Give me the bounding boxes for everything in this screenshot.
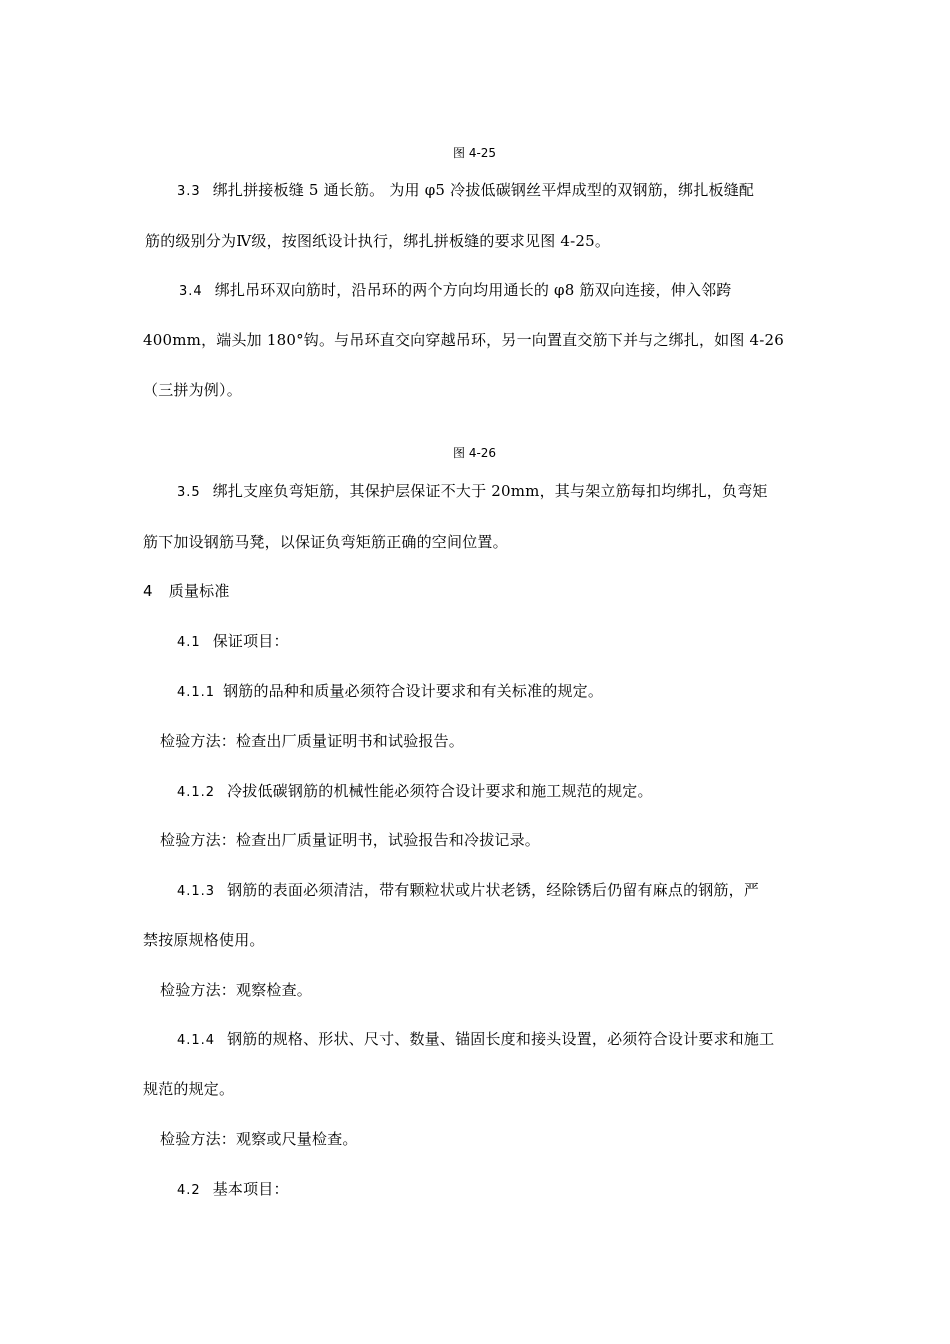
section-4-2-heading: 4.2基本项目：: [177, 1179, 289, 1201]
section-4-1-3-line-2: 禁按原规格使用。: [143, 930, 265, 950]
section-4-1-1-method: 检验方法：检查出厂质量证明书和试验报告。: [160, 731, 464, 751]
section-number: 4: [143, 582, 153, 600]
section-number: 4.1.1: [177, 685, 215, 700]
figure-caption-4-26: 图 4-26: [453, 445, 496, 461]
paragraph-text: 钢筋的品种和质量必须符合设计要求和有关标准的规定。: [223, 682, 603, 700]
section-number: 4.1.3: [177, 884, 215, 899]
paragraph-text: 冷拔低碳钢筋的机械性能必须符合设计要求和施工规范的规定。: [227, 782, 653, 800]
section-3-5-line-2: 筋下加设钢筋马凳，以保证负弯矩筋正确的空间位置。: [143, 532, 508, 552]
section-4-1-4-method: 检验方法：观察或尺量检查。: [160, 1129, 358, 1149]
figure-caption-4-25: 图 4-25: [453, 145, 496, 161]
section-title: 保证项目：: [213, 632, 289, 650]
section-3-3-line-2: 筋的级别分为Ⅳ级，按图纸设计执行，绑扎拼板缝的要求见图 4-25。: [145, 231, 610, 251]
section-title: 基本项目：: [213, 1180, 289, 1198]
section-4-1-3-line-1: 4.1.3钢筋的表面必须清洁，带有颗粒状或片状老锈，经除锈后仍留有麻点的钢筋，严: [177, 880, 759, 902]
section-number: 4.1: [177, 635, 201, 650]
paragraph-text: 绑扎吊环双向筋时，沿吊环的两个方向均用通长的 φ8 筋双向连接，伸入邻跨: [215, 281, 732, 299]
section-number: 4.1.2: [177, 785, 215, 800]
section-4-1-2-line-1: 4.1.2冷拔低碳钢筋的机械性能必须符合设计要求和施工规范的规定。: [177, 781, 653, 803]
section-3-3-line-1: 3.3绑扎拼接板缝 5 通长筋。 为用 φ5 冷拔低碳钢丝平焊成型的双钢筋，绑扎…: [177, 180, 754, 202]
section-number: 4.2: [177, 1183, 201, 1198]
paragraph-text: 绑扎支座负弯矩筋，其保护层保证不大于 20mm，其与架立筋每扣均绑扎，负弯矩: [213, 482, 768, 500]
section-3-4-line-3: （三拼为例）。: [143, 380, 242, 400]
section-number: 3.3: [177, 184, 201, 199]
section-number: 3.5: [177, 485, 201, 500]
document-page: 图 4-25 3.3绑扎拼接板缝 5 通长筋。 为用 φ5 冷拔低碳钢丝平焊成型…: [0, 0, 950, 1344]
section-number: 4.1.4: [177, 1033, 215, 1048]
paragraph-text: 绑扎拼接板缝 5 通长筋。 为用 φ5 冷拔低碳钢丝平焊成型的双钢筋，绑扎板缝配: [213, 181, 754, 199]
section-3-4-line-1: 3.4绑扎吊环双向筋时，沿吊环的两个方向均用通长的 φ8 筋双向连接，伸入邻跨: [179, 280, 731, 302]
section-4-1-2-method: 检验方法：检查出厂质量证明书，试验报告和冷拔记录。: [160, 830, 540, 850]
paragraph-text: 钢筋的表面必须清洁，带有颗粒状或片状老锈，经除锈后仍留有麻点的钢筋，严: [227, 881, 759, 899]
section-4-1-1-line-1: 4.1.1钢筋的品种和质量必须符合设计要求和有关标准的规定。: [177, 681, 603, 703]
section-3-4-line-2: 400mm，端头加 180°钩。与吊环直交向穿越吊环，另一向置直交筋下并与之绑扎…: [143, 330, 784, 350]
section-4-1-4-line-1: 4.1.4钢筋的规格、形状、尺寸、数量、锚固长度和接头设置，必须符合设计要求和施…: [177, 1029, 774, 1051]
section-4-heading: 4质量标准: [143, 581, 230, 601]
section-number: 3.4: [179, 284, 203, 299]
section-4-1-3-method: 检验方法：观察检查。: [160, 980, 312, 1000]
section-title: 质量标准: [169, 582, 230, 600]
paragraph-text: 钢筋的规格、形状、尺寸、数量、锚固长度和接头设置，必须符合设计要求和施工: [227, 1030, 774, 1048]
section-3-5-line-1: 3.5绑扎支座负弯矩筋，其保护层保证不大于 20mm，其与架立筋每扣均绑扎，负弯…: [177, 481, 768, 503]
section-4-1-heading: 4.1保证项目：: [177, 631, 289, 653]
section-4-1-4-line-2: 规范的规定。: [143, 1079, 234, 1099]
